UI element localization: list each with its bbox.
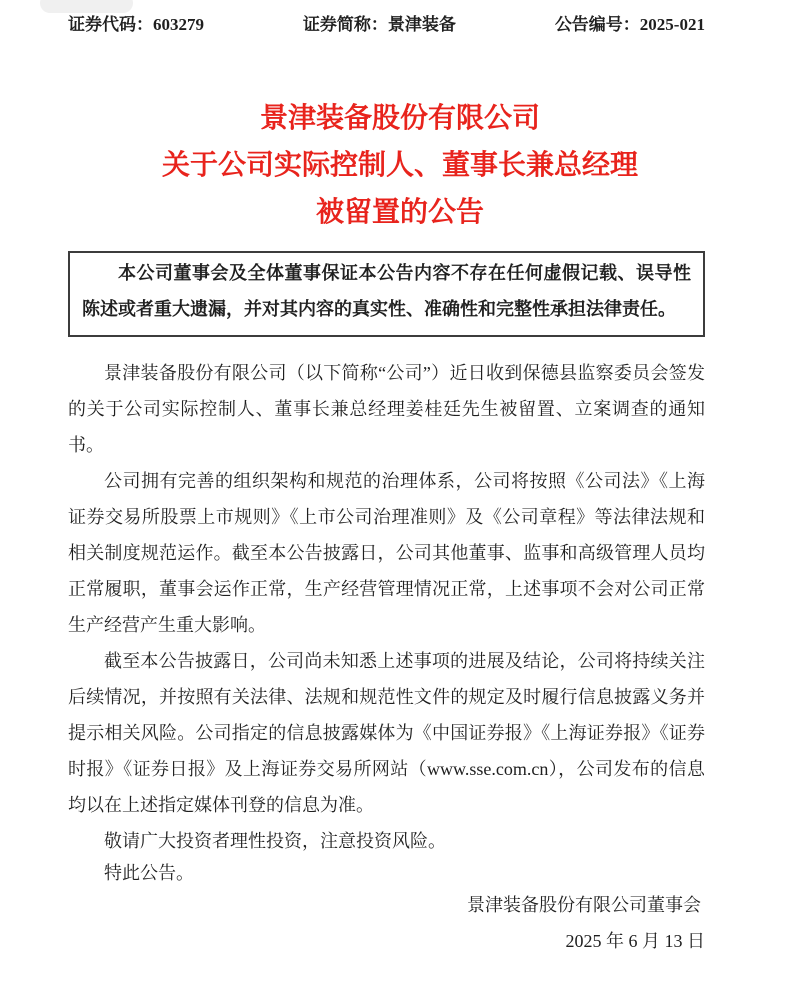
signature-block: 景津装备股份有限公司董事会 2025 年 6 月 13 日 [68, 887, 705, 959]
body-paragraph: 公司拥有完善的组织架构和规范的治理体系，公司将按照《公司法》《上海证券交易所股票… [68, 463, 705, 643]
announcement-number: 公告编号：2025-021 [555, 14, 705, 36]
body-paragraph: 敬请广大投资者理性投资，注意投资风险。 [68, 823, 705, 859]
title-line-subject: 关于公司实际控制人、董事长兼总经理 [0, 141, 800, 188]
document-header: 证券代码：603279 证券简称：景津装备 公告编号：2025-021 [68, 14, 705, 36]
signature-company: 景津装备股份有限公司董事会 [68, 887, 705, 923]
document-title: 景津装备股份有限公司 关于公司实际控制人、董事长兼总经理 被留置的公告 [0, 94, 800, 235]
body-paragraph: 截至本公告披露日，公司尚未知悉上述事项的进展及结论，公司将持续关注后续情况，并按… [68, 643, 705, 823]
signature-date: 2025 年 6 月 13 日 [68, 923, 705, 959]
board-statement-box: 本公司董事会及全体董事保证本公告内容不存在任何虚假记载、误导性陈述或者重大遗漏，… [68, 251, 705, 337]
announcement-body: 景津装备股份有限公司（以下简称“公司”）近日收到保德县监察委员会签发的关于公司实… [68, 355, 705, 887]
board-statement-text: 本公司董事会及全体董事保证本公告内容不存在任何虚假记载、误导性陈述或者重大遗漏，… [82, 255, 691, 327]
body-paragraph: 景津装备股份有限公司（以下简称“公司”）近日收到保德县监察委员会签发的关于公司实… [68, 355, 705, 463]
top-left-pill-artifact [40, 0, 133, 13]
title-line-type: 被留置的公告 [0, 188, 800, 235]
body-paragraph: 特此公告。 [68, 859, 705, 887]
title-line-company: 景津装备股份有限公司 [0, 94, 800, 141]
announcement-document: 证券代码：603279 证券简称：景津装备 公告编号：2025-021 景津装备… [0, 0, 800, 987]
stock-code: 证券代码：603279 [68, 14, 204, 36]
stock-name: 证券简称：景津装备 [303, 14, 456, 36]
